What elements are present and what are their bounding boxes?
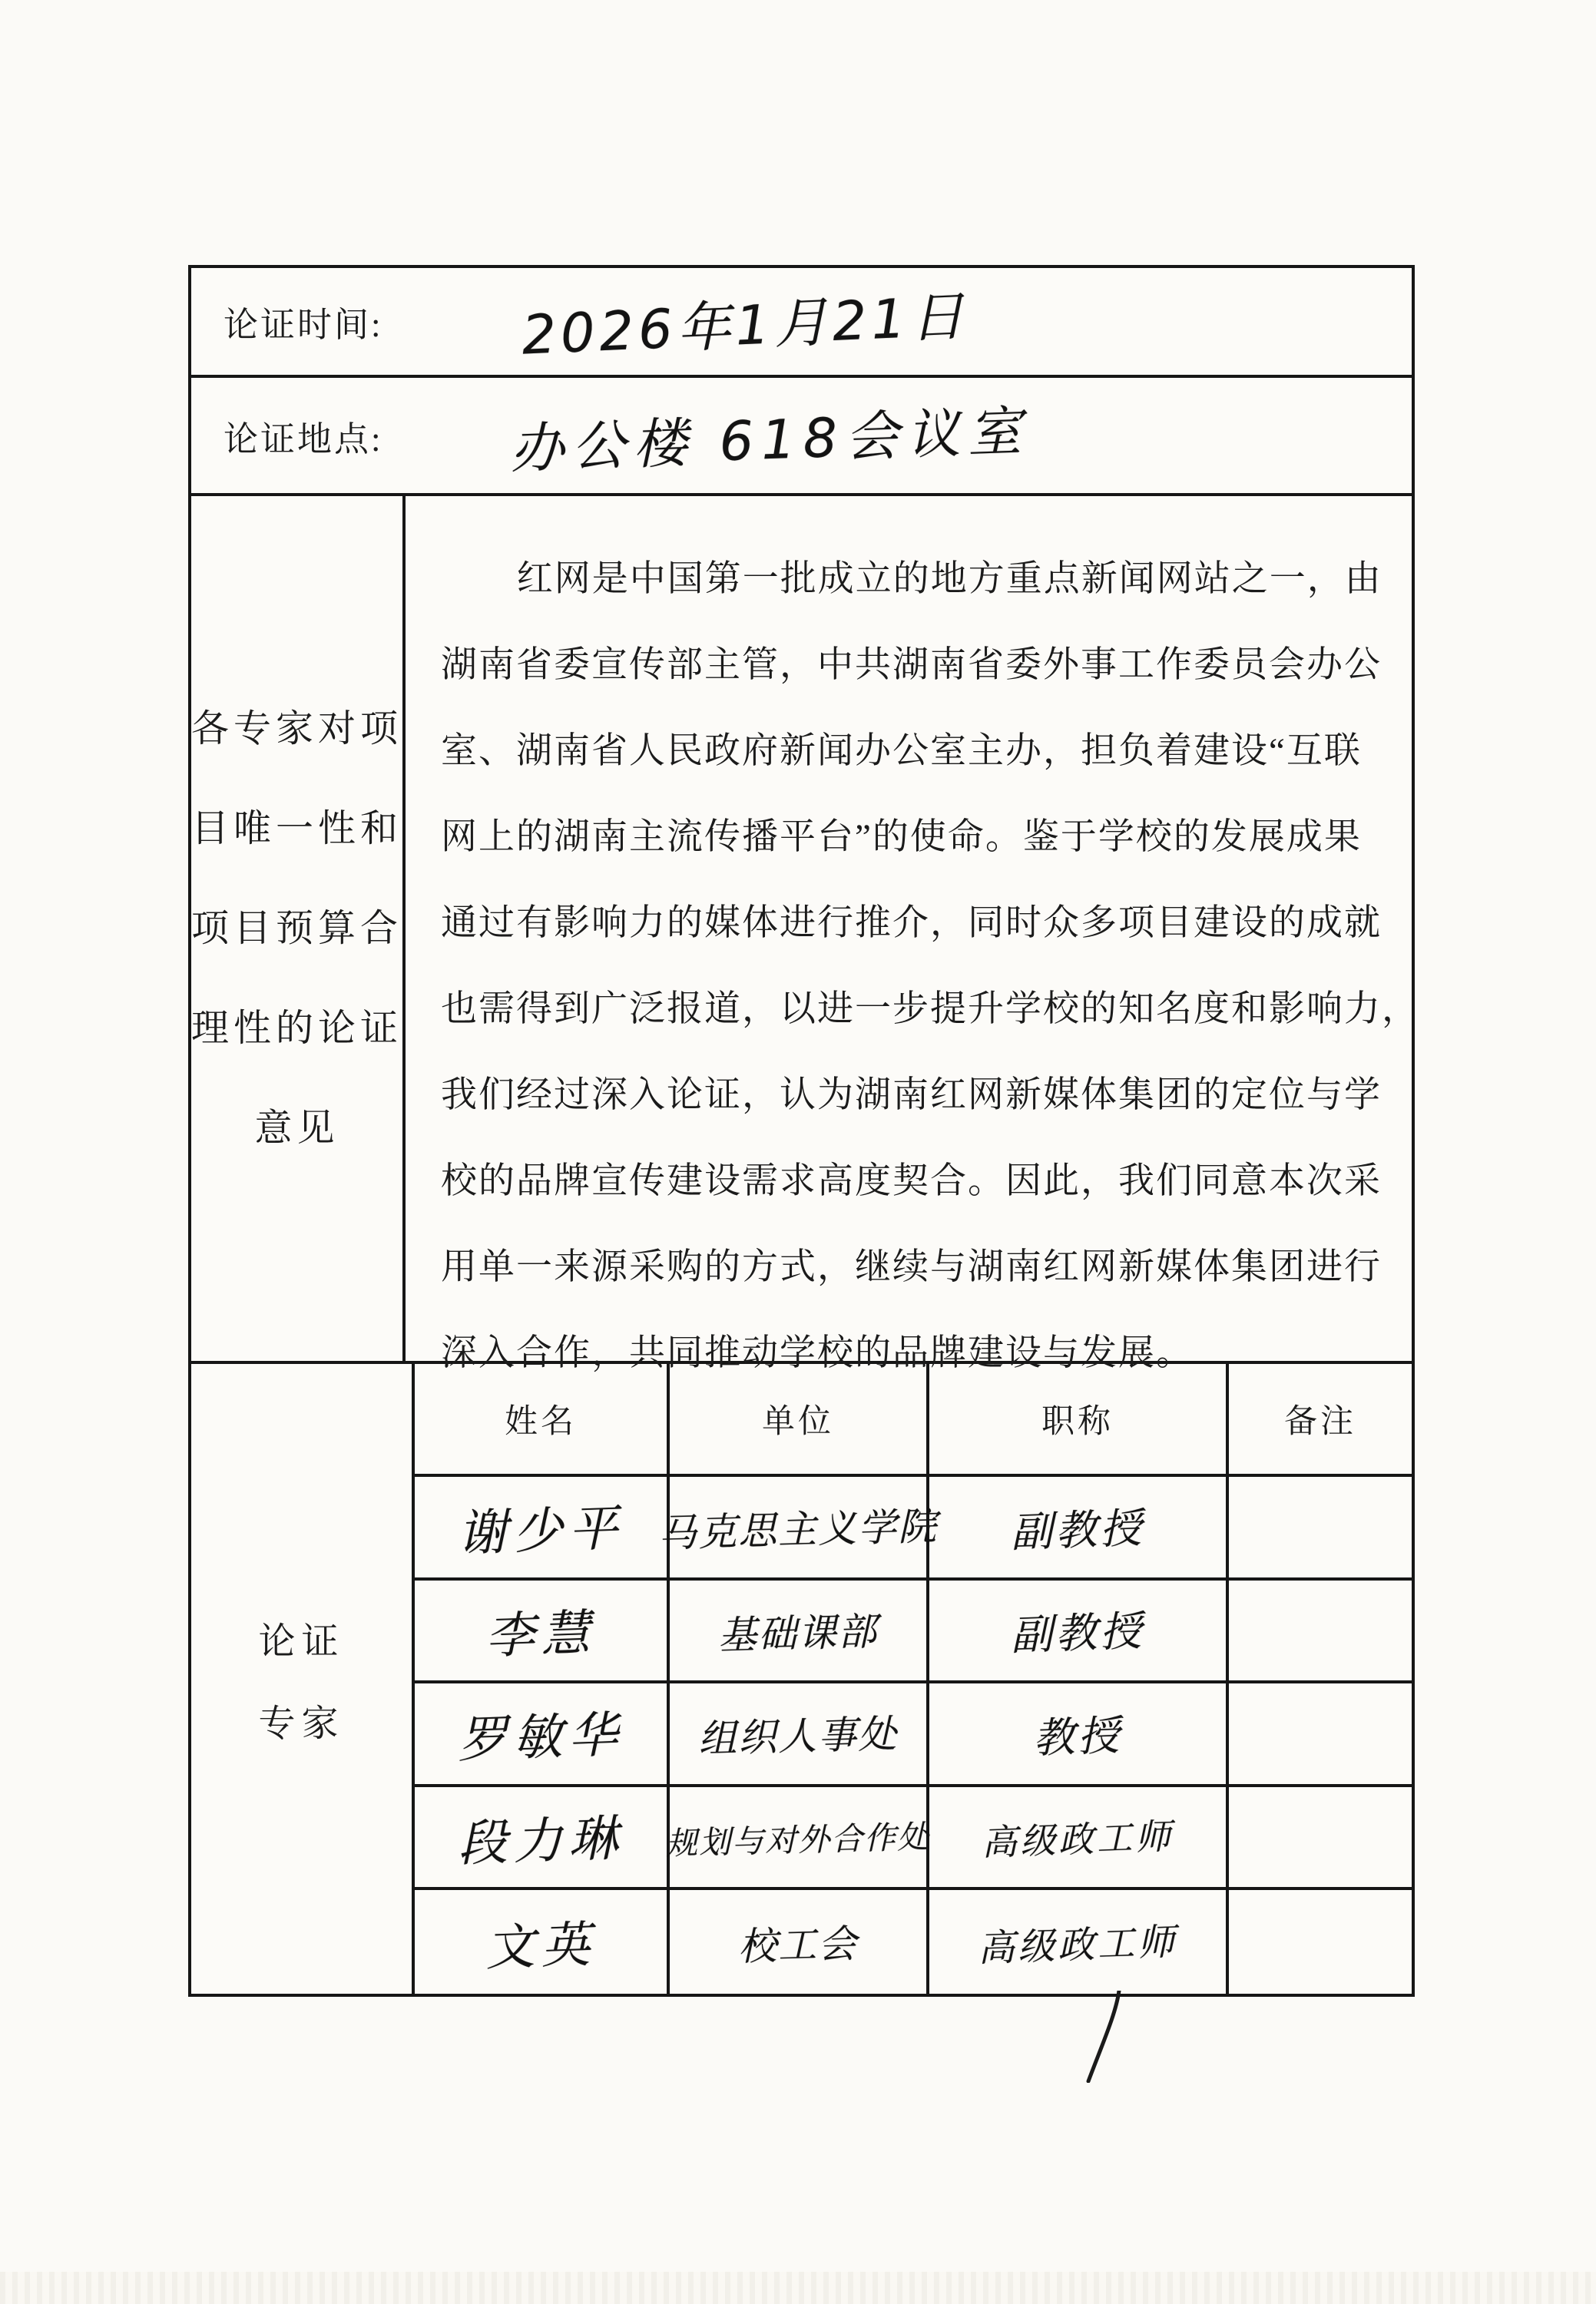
opinion-section: 各专家对项 目唯一性和 项目预算合 理性的论证 意见 红网是中国第一批成立的地方… [191,496,1412,1364]
signature-name: 李慧 [484,1593,597,1667]
table-row: 校工会 [670,1890,929,1994]
table-row: 教授 [929,1683,1229,1787]
table-row: 马克思主义学院 [670,1477,929,1581]
table-row: 高级政工师 [929,1890,1229,1994]
note-cell-empty [1229,1683,1412,1787]
col-header-note: 备注 [1229,1364,1412,1477]
note-cell-empty [1229,1787,1412,1891]
paragraph-line: 红网是中国第一批成立的地方重点新闻网站之一，由 [441,536,1419,622]
opinion-label-line: 各专家对项 [191,679,402,779]
time-label: 论证时间: [191,296,383,346]
table-row: 基础课部 [670,1581,929,1684]
experts-label-line: 论证 [258,1611,344,1664]
table-row: 副教授 [929,1581,1229,1684]
place-label: 论证地点: [191,411,383,461]
experts-label-line: 专家 [258,1693,344,1746]
signature-name: 文英 [484,1905,597,1979]
table-row: 罗敏华 [415,1683,670,1787]
signature-title: 副教授 [1010,1598,1146,1662]
paragraph-line: 用单一来源采购的方式，继续与湖南红网新媒体集团进行 [441,1224,1419,1310]
signature-title: 副教授 [1010,1495,1146,1559]
pen-stroke-artifact [1071,1991,1141,2083]
table-row: 组织人事处 [670,1683,929,1787]
opinion-label-line: 意见 [255,1078,339,1178]
signature-unit: 基础课部 [717,1601,879,1660]
table-row: 副教授 [929,1477,1229,1581]
place-handwritten-value: 办公楼 618会议室 [508,388,1030,484]
opinion-paragraph: 红网是中国第一批成立的地方重点新闻网站之一，由 湖南省委宣传部主管，中共湖南省委… [406,496,1445,1361]
experts-row-label: 论证 专家 [191,1364,415,1994]
time-handwritten-value: 2026年1月21日 [520,273,970,369]
signature-unit: 校工会 [737,1913,859,1971]
table-row: 文英 [415,1890,670,1994]
signature-title: 教授 [1032,1703,1124,1765]
scan-noise-band [0,2272,1596,2304]
col-header-unit: 单位 [670,1364,929,1477]
signature-unit: 规划与对外合作处 [665,1811,930,1863]
paragraph-line: 通过有影响力的媒体进行推介，同时众多项目建设的成就 [441,880,1419,966]
table-row: 李慧 [415,1581,670,1684]
scanned-form-page: 论证时间: 2026年1月21日 论证地点: 办公楼 618会议室 各专家对项 … [0,0,1596,2304]
opinion-label-line: 理性的论证 [191,978,402,1078]
note-cell-empty [1229,1890,1412,1994]
signature-title: 高级政工师 [977,1912,1178,1972]
paragraph-line: 室、湖南省人民政府新闻办公室主办，担负着建设“互联 [441,708,1419,794]
experts-table: 论证 专家 姓名 单位 职称 备注 谢少平 马克思主义学院 副教授 李慧 基础课… [191,1364,1412,1994]
table-row: 谢少平 [415,1477,670,1581]
table-row: 段力琳 [415,1787,670,1891]
paragraph-line: 网上的湖南主流传播平台”的使命。鉴于学校的发展成果 [441,794,1419,880]
col-header-title: 职称 [929,1364,1229,1477]
signature-name: 罗敏华 [456,1696,624,1772]
form-table: 论证时间: 2026年1月21日 论证地点: 办公楼 618会议室 各专家对项 … [188,265,1415,1997]
signature-title: 高级政工师 [981,1809,1174,1866]
opinion-label-line: 目唯一性和 [191,779,402,879]
paragraph-line: 也需得到广泛报道，以进一步提升学校的知名度和影响力， [441,966,1419,1052]
table-row: 高级政工师 [929,1787,1229,1891]
signature-name: 谢少平 [456,1489,624,1565]
col-header-name: 姓名 [415,1364,670,1477]
paragraph-line: 我们经过深入论证，认为湖南红网新媒体集团的定位与学 [441,1052,1419,1138]
paragraph-line: 湖南省委宣传部主管，中共湖南省委外事工作委员会办公 [441,622,1419,708]
signature-unit: 马克思主义学院 [657,1496,939,1559]
opinion-label-line: 项目预算合 [191,879,402,978]
note-cell-empty [1229,1581,1412,1684]
signature-unit: 组织人事处 [697,1703,899,1764]
note-cell-empty [1229,1477,1412,1581]
table-row: 规划与对外合作处 [670,1787,929,1891]
row-place: 论证地点: 办公楼 618会议室 [191,378,1412,496]
opinion-label: 各专家对项 目唯一性和 项目预算合 理性的论证 意见 [191,496,406,1361]
paragraph-line: 校的品牌宣传建设需求高度契合。因此，我们同意本次采 [441,1138,1419,1224]
row-time: 论证时间: 2026年1月21日 [191,268,1412,378]
signature-name: 段力琳 [456,1799,624,1875]
